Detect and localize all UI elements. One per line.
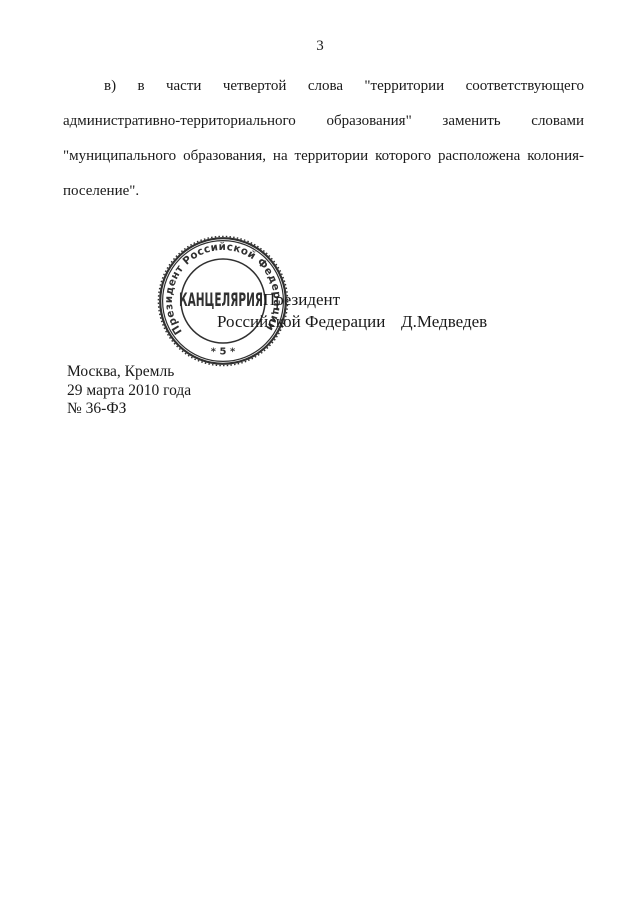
body-paragraph: в) в части четвертой слова "территории с… [63,69,584,209]
page-number: 3 [0,38,640,55]
paragraph-line-1: в) в части четвертой слова "территории с… [63,69,584,104]
paragraph-line-2: административно-территориального образов… [63,104,584,139]
footer-doc-number: № 36-ФЗ [67,400,191,419]
footer-date: 29 марта 2010 года [67,382,191,401]
footer-place: Москва, Кремль [67,363,191,382]
stamp-bottom-number: * 5 * [211,347,236,358]
stamp-center-label: КАНЦЕЛЯРИЯ [179,289,263,311]
paragraph-line-3: "муниципального образования, на территор… [63,139,584,174]
paragraph-line-4: поселение". [63,174,584,209]
signature-name: Д.Медведев [401,312,487,332]
signature-title-line2: Российской Федерации [217,312,385,332]
footer-block: Москва, Кремль 29 марта 2010 года № 36-Ф… [67,363,191,419]
document-page: 3 в) в части четвертой слова "территории… [0,0,640,900]
signature-title-line1: Президент [263,290,340,310]
